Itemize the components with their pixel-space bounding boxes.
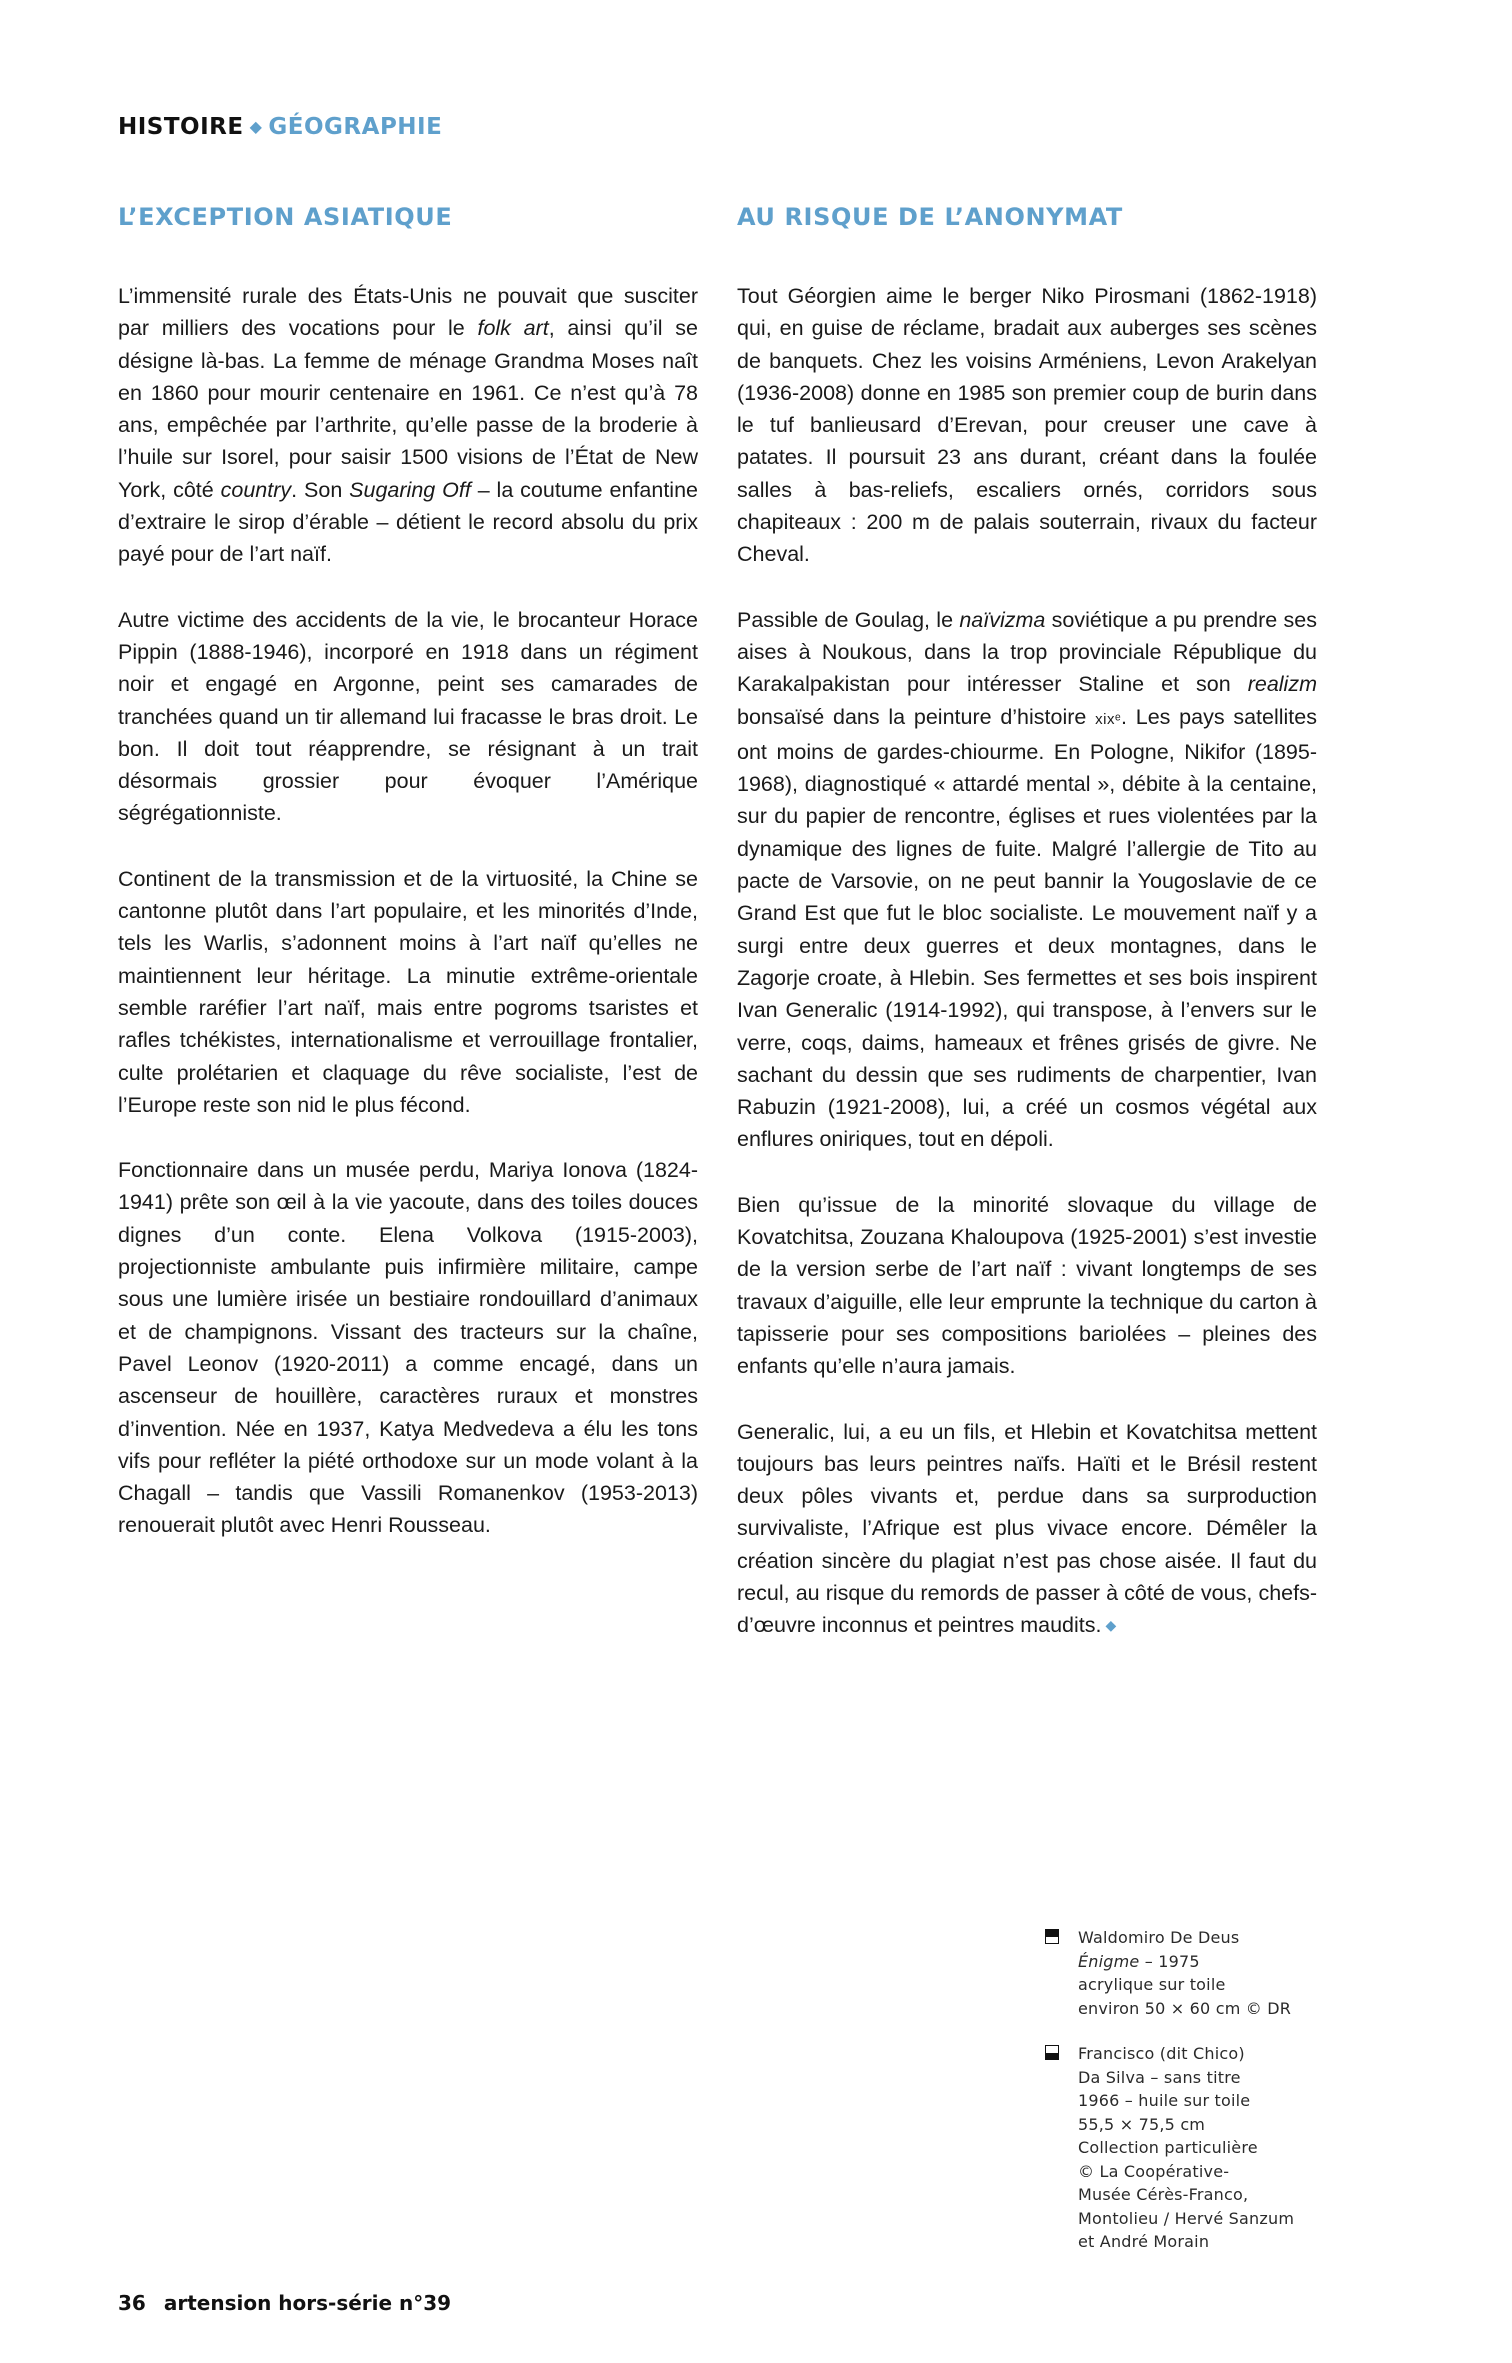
italic-term: realizm (1248, 672, 1317, 696)
caption-line: et André Morain (1078, 2230, 1345, 2254)
page-footer: 36artension hors-série n°39 (118, 2290, 451, 2316)
left-column: L’EXCEPTION ASIATIQUE L’immensité rurale… (118, 202, 698, 1575)
italic-term: country (221, 478, 292, 502)
caption-line: Montolieu / Hervé Sanzum (1078, 2207, 1345, 2231)
italic-term: folk art (477, 316, 548, 340)
caption-line: Collection particulière (1078, 2136, 1345, 2160)
diamond-separator-icon: ◆ (250, 117, 263, 136)
paragraph: Fonctionnaire dans un musée perdu, Mariy… (118, 1154, 698, 1542)
paragraph: L’immensité rurale des États-Unis ne pou… (118, 280, 698, 571)
image-captions: Waldomiro De Deus Énigme – 1975 acryliqu… (1045, 1926, 1345, 2276)
right-column: AU RISQUE DE L’ANONYMAT Tout Géorgien ai… (737, 202, 1317, 1675)
running-head-section: HISTOIRE (118, 114, 244, 140)
italic-artwork-title: Sugaring Off (349, 478, 471, 502)
image-position-bottom-icon (1045, 2045, 1059, 2060)
caption-artwork-title: Énigme (1078, 1952, 1139, 1971)
text-run: , ainsi qu’il se désigne là-bas. La femm… (118, 316, 698, 501)
section-title-anonymity: AU RISQUE DE L’ANONYMAT (737, 202, 1317, 232)
caption-line: acrylique sur toile (1078, 1973, 1345, 1997)
paragraph: Tout Géorgien aime le berger Niko Pirosm… (737, 280, 1317, 571)
italic-term: naïvizma (959, 608, 1045, 632)
page-number: 36 (118, 2291, 146, 2315)
text-run: . Son (291, 478, 349, 502)
caption-line: Francisco (dit Chico) (1078, 2042, 1345, 2066)
paragraph: Continent de la transmission et de la vi… (118, 863, 698, 1121)
text-run: Passible de Goulag, le (737, 608, 959, 632)
caption-line: Da Silva – sans titre (1078, 2066, 1345, 2090)
running-head: HISTOIRE◆GÉOGRAPHIE (118, 112, 442, 142)
paragraph: Generalic, lui, a eu un fils, et Hlebin … (737, 1416, 1317, 1642)
text-run: bonsaïsé dans la peinture d’histoire (737, 705, 1095, 729)
caption-top-image: Waldomiro De Deus Énigme – 1975 acryliqu… (1045, 1926, 1345, 2020)
image-position-top-icon (1045, 1929, 1059, 1944)
caption-bottom-image: Francisco (dit Chico) Da Silva – sans ti… (1045, 2042, 1345, 2254)
century-smallcaps: xixᵉ (1095, 711, 1121, 728)
caption-year: – 1975 (1139, 1952, 1199, 1971)
caption-line: Musée Cérès-Franco, (1078, 2183, 1345, 2207)
text-run: Generalic, lui, a eu un fils, et Hlebin … (737, 1420, 1317, 1638)
caption-line: Waldomiro De Deus (1078, 1926, 1345, 1950)
caption-line: 1966 – huile sur toile (1078, 2089, 1345, 2113)
running-head-subsection: GÉOGRAPHIE (268, 114, 442, 140)
caption-line: Énigme – 1975 (1078, 1950, 1345, 1974)
publication-name: artension hors-série n°39 (164, 2291, 451, 2315)
caption-line: environ 50 × 60 cm © DR (1078, 1997, 1345, 2021)
end-of-article-diamond-icon: ◆ (1105, 1617, 1116, 1633)
section-title-asian-exception: L’EXCEPTION ASIATIQUE (118, 202, 698, 232)
caption-line: 55,5 × 75,5 cm (1078, 2113, 1345, 2137)
text-run: . Les pays satel­lites ont moins de gard… (737, 705, 1317, 1152)
paragraph: Autre victime des accidents de la vie, l… (118, 604, 698, 830)
paragraph: Passible de Goulag, le naïvizma soviétiq… (737, 604, 1317, 1156)
paragraph: Bien qu’issue de la minorité slovaque du… (737, 1189, 1317, 1383)
caption-line: © La Coopérative- (1078, 2160, 1345, 2184)
